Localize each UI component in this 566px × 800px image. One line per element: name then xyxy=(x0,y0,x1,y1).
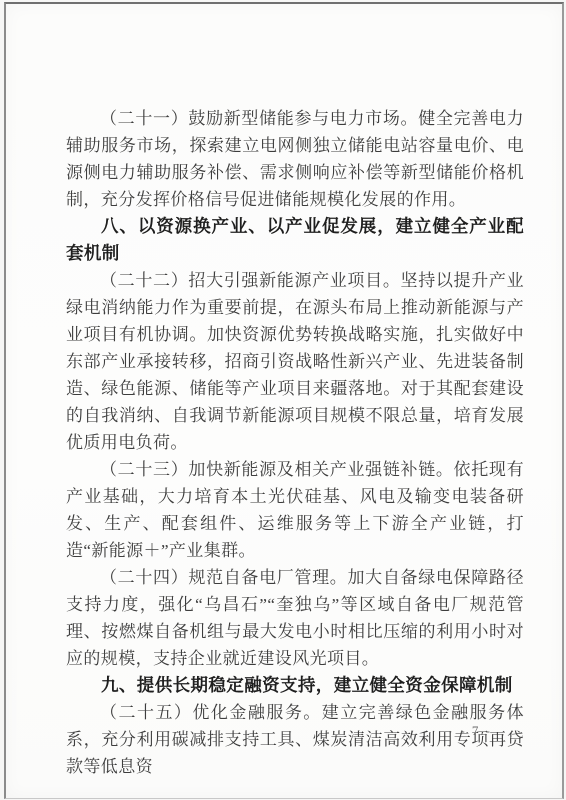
paragraph-item-23: （二十三）加快新能源及相关产业强链补链。依托现有产业基础，大力培育本土光伏硅基、… xyxy=(66,456,524,564)
document-body: （二十一）鼓励新型储能参与电力市场。健全完善电力辅助服务市场，探索建立电网侧独立… xyxy=(66,105,524,780)
paragraph-item-25: （二十五）优化金融服务。建立完善绿色金融服务体系，充分利用碳减排支持工具、煤炭清… xyxy=(66,699,524,780)
section-heading-9: 九、提供长期稳定融资支持，建立健全资金保障机制 xyxy=(66,672,524,699)
paragraph-item-21: （二十一）鼓励新型储能参与电力市场。健全完善电力辅助服务市场，探索建立电网侧独立… xyxy=(66,105,524,213)
document-page: （二十一）鼓励新型储能参与电力市场。健全完善电力辅助服务市场，探索建立电网侧独立… xyxy=(4,2,564,799)
paragraph-item-22: （二十二）招大引强新能源产业项目。坚持以提升产业绿电消纳能力作为重要前提，在源头… xyxy=(66,267,524,456)
page-number: - 7 - xyxy=(460,723,492,739)
scanned-document-canvas: （二十一）鼓励新型储能参与电力市场。健全完善电力辅助服务市场，探索建立电网侧独立… xyxy=(0,0,566,800)
paragraph-item-24: （二十四）规范自备电厂管理。加大自备绿电保障路径支持力度，强化“乌昌石”“奎独乌… xyxy=(66,564,524,672)
section-heading-8: 八、以资源换产业、以产业促发展，建立健全产业配套机制 xyxy=(66,213,524,267)
